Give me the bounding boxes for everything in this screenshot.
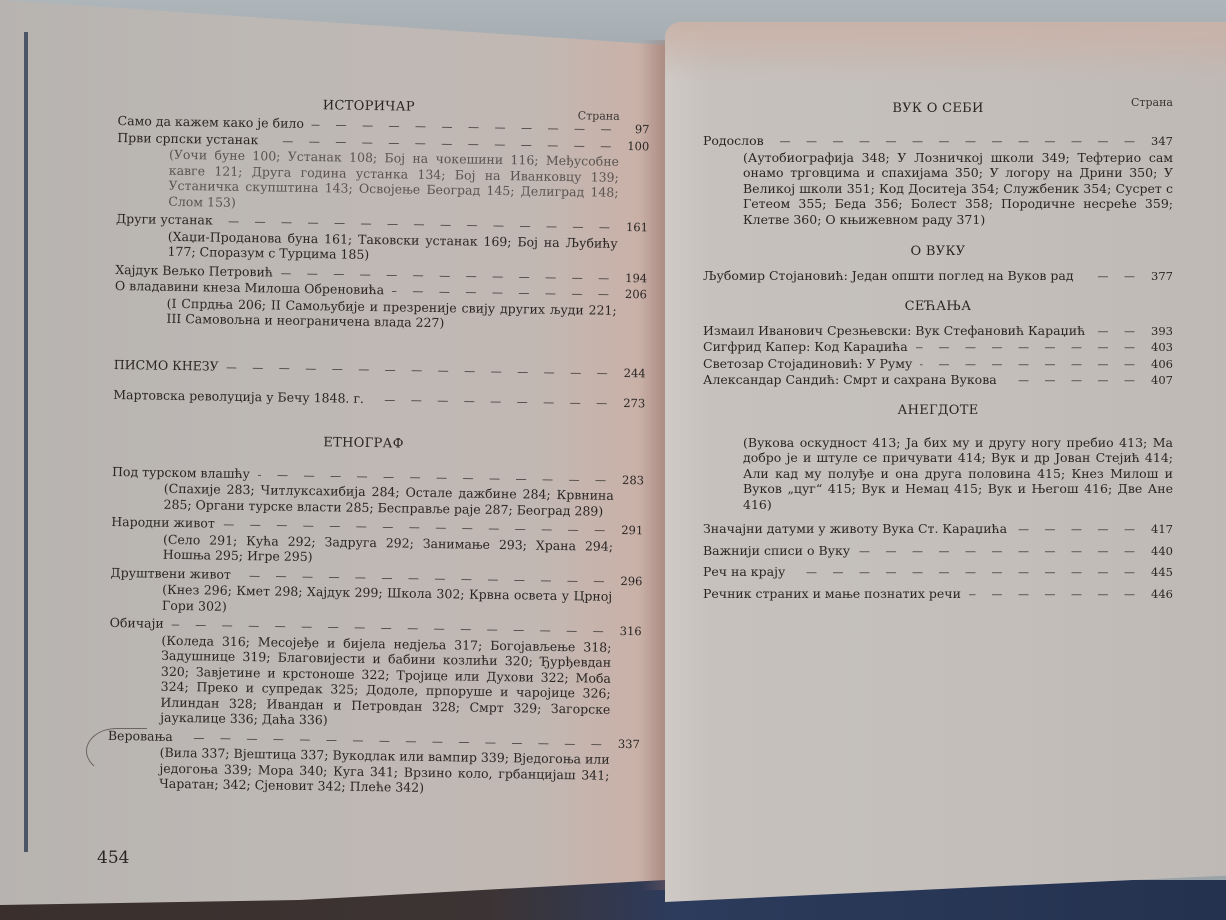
dot-leader <box>1015 522 1141 538</box>
toc-entry-label: Сигфрид Капер: Код Караџића <box>703 339 908 355</box>
left-page-toc: Страна ИСТОРИЧАР Само да кажем како је б… <box>107 95 620 801</box>
toc-subentries: (Вукова оскудност 413; Ја бих му и другу… <box>703 435 1173 513</box>
dot-leader <box>920 357 1141 373</box>
toc-entry-page: 445 <box>1149 565 1173 581</box>
toc-entry-label: Обичаји <box>110 615 164 631</box>
page-number: 454 <box>97 848 129 868</box>
toc-entry-label: Љубомир Стојановић: Један општи поглед н… <box>703 268 1074 284</box>
toc-entry-label: Друштвени живот <box>110 564 231 581</box>
dot-leader <box>916 340 1141 356</box>
toc-entry[interactable]: Љубомир Стојановић: Један општи поглед н… <box>703 268 1173 285</box>
toc-entry-page: 417 <box>1149 522 1173 538</box>
toc-entry-label: Реч на крају <box>703 564 785 580</box>
toc-entry-page: 296 <box>618 573 642 589</box>
toc-entry-page: 406 <box>1149 357 1173 373</box>
toc-entry-label: Други устанак <box>116 211 213 228</box>
dot-leader <box>1005 373 1141 389</box>
toc-entry-label: Под турском влашћу <box>112 463 250 481</box>
section-title-about-vuk: О ВУКУ <box>703 244 1173 262</box>
toc-entry[interactable]: Родослов 347 <box>703 133 1173 150</box>
toc-subentries: (Вила 337; Вјештица 337; Вукодлак или ва… <box>107 744 610 798</box>
toc-entry-label: Светозар Стојадиновић: У Руму <box>703 356 912 372</box>
toc-subentries: (Уочи буне 100; Устанак 108; Бој на чоке… <box>116 146 619 216</box>
column-header-page: Страна <box>578 108 620 124</box>
toc-entry-page: 97 <box>625 122 649 138</box>
toc-subentries: (Коледа 316; Месојеђе и бијела недјеља 3… <box>108 631 611 732</box>
toc-entry-page: 194 <box>623 270 647 286</box>
toc-entry[interactable]: Реч на крају 445 <box>703 564 1173 581</box>
toc-entry-page: 347 <box>1149 134 1173 150</box>
cover-spine-edge <box>24 32 28 852</box>
toc-entry[interactable]: Светозар Стојадиновић: У Руму 406 <box>703 356 1173 373</box>
dot-leader <box>969 587 1141 603</box>
toc-entry[interactable]: Сигфрид Капер: Код Караџића 403 <box>703 339 1173 356</box>
toc-entry[interactable]: Речник страних и мање познатих речи 446 <box>703 586 1173 603</box>
toc-entry-page: 244 <box>622 365 646 381</box>
column-header-page: Страна <box>1131 95 1173 111</box>
toc-entry-label: Хајдук Вељко Петровић <box>115 261 273 279</box>
toc-entry-label: Значајни датуми у животу Вука Ст. Караџи… <box>703 521 1007 537</box>
toc-entry-page: 446 <box>1149 587 1173 603</box>
section-title-memories: СЕЋАЊА <box>703 299 1173 317</box>
dot-leader <box>1082 269 1141 285</box>
toc-entry-label: Родослов <box>703 133 764 149</box>
toc-entry[interactable]: Измаил Иванович Срезњевски: Вук Стефанов… <box>703 323 1173 340</box>
toc-entry-label: Речник страних и мање познатих речи <box>703 586 961 602</box>
toc-subentries: (Спахије 283; Читлуксахибија 284; Остале… <box>111 480 613 519</box>
toc-entry-page: 403 <box>1149 340 1173 356</box>
toc-entry-label: Само да кажем како је било <box>117 113 304 131</box>
toc-entry-page: 337 <box>616 736 640 752</box>
toc-entry[interactable]: Важнији списи о Вуку 440 <box>703 543 1173 560</box>
toc-entry-page: 291 <box>619 523 643 539</box>
toc-subentries: (Кнез 296; Кмет 298; Хајдук 299; Школа 3… <box>110 581 612 620</box>
toc-entry-page: 283 <box>620 472 644 488</box>
toc-subentries: (Аутобиографија 348; У Лозничкој школи 3… <box>703 150 1173 228</box>
dot-leader <box>1093 324 1141 340</box>
right-page-toc: Страна ВУК О СЕБИ Родослов 347 (Аутобиог… <box>703 93 1173 602</box>
toc-entry-label: Важнији списи о Вуку <box>703 543 850 559</box>
toc-entry-label: ПИСМО КНЕЗУ <box>114 356 219 373</box>
toc-entry-page: 407 <box>1149 373 1173 389</box>
section-title-vuk-about-himself: ВУК О СЕБИ <box>703 101 1173 119</box>
dot-leader <box>772 134 1141 150</box>
toc-entry[interactable]: Александар Сандић: Смрт и сахрана Вукова… <box>703 372 1173 389</box>
section-title-anecdotes: АНЕГДОТЕ <box>703 403 1173 421</box>
toc-entry[interactable]: Значајни датуми у животу Вука Ст. Караџи… <box>703 521 1173 538</box>
toc-entry-label: Измаил Иванович Срезњевски: Вук Стефанов… <box>703 323 1085 339</box>
toc-entry-page: 393 <box>1149 324 1173 340</box>
toc-entry-label: Александар Сандић: Смрт и сахрана Вукова <box>703 372 997 388</box>
toc-entry-page: 161 <box>624 220 648 236</box>
toc-entry-page: 316 <box>618 624 642 640</box>
dot-leader <box>793 565 1141 581</box>
toc-entry-label: Први српски устанак <box>117 129 258 147</box>
toc-entry-page: 100 <box>625 138 649 154</box>
pen-mark-annotation <box>86 728 147 774</box>
dot-leader <box>858 544 1141 560</box>
toc-entry-page: 273 <box>621 396 645 412</box>
toc-entry-page: 206 <box>623 287 647 303</box>
toc-entry-page: 440 <box>1149 544 1173 560</box>
toc-entry-label: Народни живот <box>111 514 215 531</box>
toc-entry-page: 377 <box>1149 269 1173 285</box>
